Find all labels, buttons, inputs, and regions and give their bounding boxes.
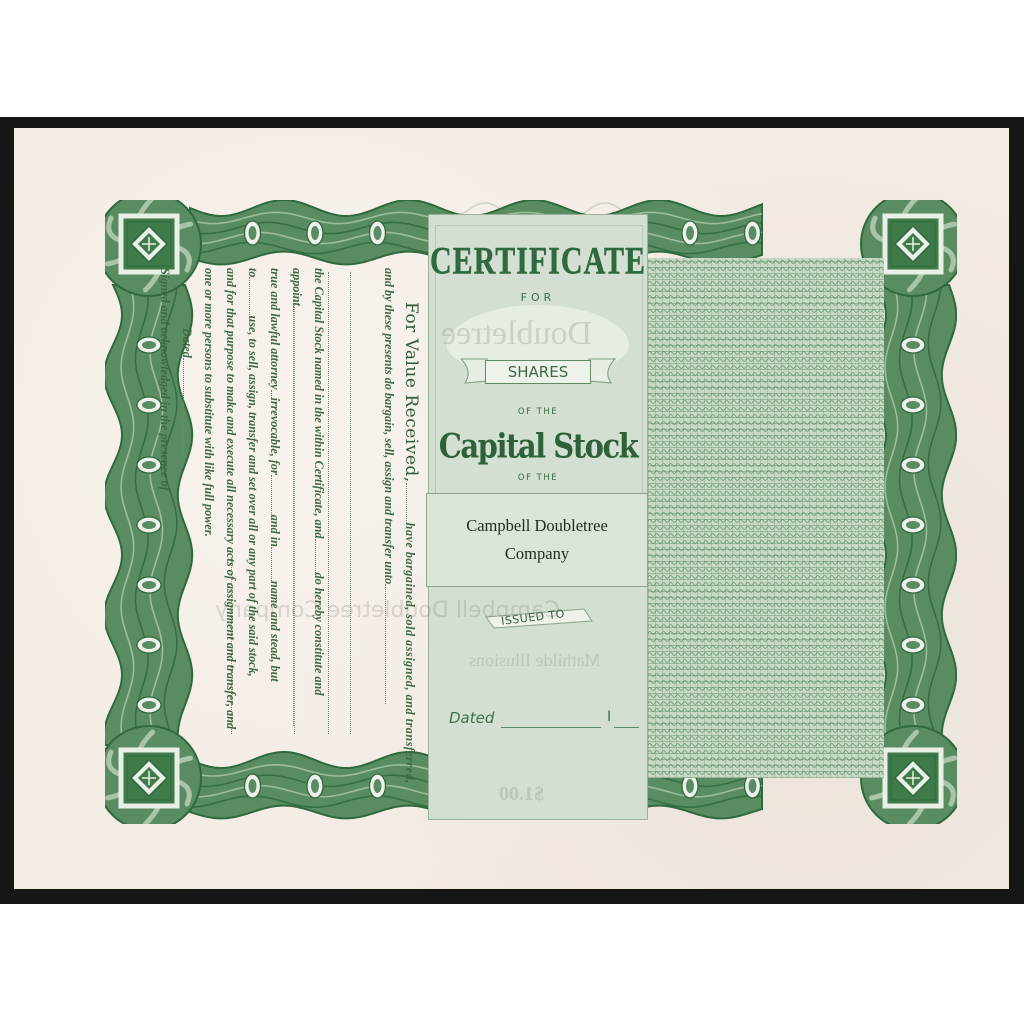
of-the-label-2: OF THE <box>429 473 647 483</box>
assignment-line-7: irrevocable, for <box>268 398 282 475</box>
assignment-line-8: and in <box>268 515 282 547</box>
company-name: Campbell Doubletree Company <box>427 512 647 568</box>
assignment-line-12: and for that purpose to make and execute… <box>224 268 238 729</box>
company-name-box: Campbell Doubletree Company <box>426 493 648 587</box>
attorney-blank[interactable] <box>293 306 304 726</box>
assignment-column-6: touse, to sell, assign, transfer and set… <box>241 268 265 748</box>
irrevocable-blank[interactable] <box>271 475 282 515</box>
assignee-blank[interactable] <box>385 584 396 704</box>
assignment-line-13: one or more persons to substitute with l… <box>202 268 216 537</box>
assignment-line-2: and by these presents do bargain, sell, … <box>382 268 396 584</box>
signature-line[interactable] <box>350 272 351 734</box>
capital-stock-title: Capital Stock <box>429 426 647 465</box>
year-blank[interactable] <box>614 727 639 728</box>
assignment-date-blank[interactable] <box>183 358 194 458</box>
assignment-column-4: appoint <box>285 268 309 748</box>
dated-assignment-label: Dated <box>180 328 194 358</box>
center-title-panel: Doubletree CERTIFICATE FOR SHARES OF THE… <box>428 214 648 820</box>
assignment-line-5: appoint <box>290 268 304 306</box>
dated-blank[interactable] <box>501 727 601 728</box>
assignment-line-4: do hereby constitute and <box>312 573 326 696</box>
lathe-pattern-field <box>648 258 884 778</box>
shares-label: SHARES <box>485 360 591 384</box>
dated-label: Dated <box>449 709 494 727</box>
assignor-blank[interactable] <box>406 483 417 523</box>
lathe-waves <box>648 258 884 778</box>
assignment-heading-column: For Value Received,have bargained, sold … <box>399 268 423 748</box>
assignment-form: Campbell Doubletree Company For Value Re… <box>187 268 427 748</box>
company-name-line2: Company <box>427 540 647 568</box>
for-label: FOR <box>429 291 647 304</box>
assignment-column-2: and by these presents do bargain, sell, … <box>377 268 401 748</box>
assignment-column-5: true and lawful attorneyirrevocable, for… <box>263 268 287 748</box>
of-the-label-1: OF THE <box>429 407 647 417</box>
company-name-line1: Campbell Doubletree <box>427 512 647 540</box>
assignment-line-1: have bargained, sold assigned, and trans… <box>403 523 417 784</box>
assignment-line-3: the Capital Stock named in the within Ce… <box>312 268 326 539</box>
assignment-column-7: and for that purpose to make and execute… <box>219 268 243 748</box>
assignment-line-11: use, to sell, assign, transfer and set o… <box>246 315 260 676</box>
dated-field[interactable]: Dated I <box>449 709 639 733</box>
ghost-watermark-doubletree: Doubletree <box>441 315 592 353</box>
ghost-value: $1.00 <box>499 783 544 806</box>
assignment-column-10: Signed and acknowledged in the presence … <box>153 268 177 748</box>
assignment-line-10: to <box>246 268 260 277</box>
stead-blank[interactable] <box>271 547 282 581</box>
assignment-line-6: true and lawful attorney <box>268 268 282 390</box>
assignment-line-9: name and stead, but <box>268 581 282 682</box>
shares-blank[interactable] <box>315 539 326 573</box>
certificate-title: CERTIFICATE <box>429 240 647 284</box>
assignment-column-8: one or more persons to substitute with l… <box>197 268 221 748</box>
assignment-column-9: Dated <box>175 268 199 748</box>
assignment-column-3: the Capital Stock named in the within Ce… <box>307 268 331 748</box>
dated-separator: I <box>607 709 611 725</box>
ghost-watermark-issued: Mathilde Illusions <box>469 650 601 671</box>
for-value-received: For Value Received, <box>401 302 421 483</box>
use-blank[interactable] <box>249 277 260 315</box>
witness-label: Signed and acknowledged in the presence … <box>158 268 172 491</box>
